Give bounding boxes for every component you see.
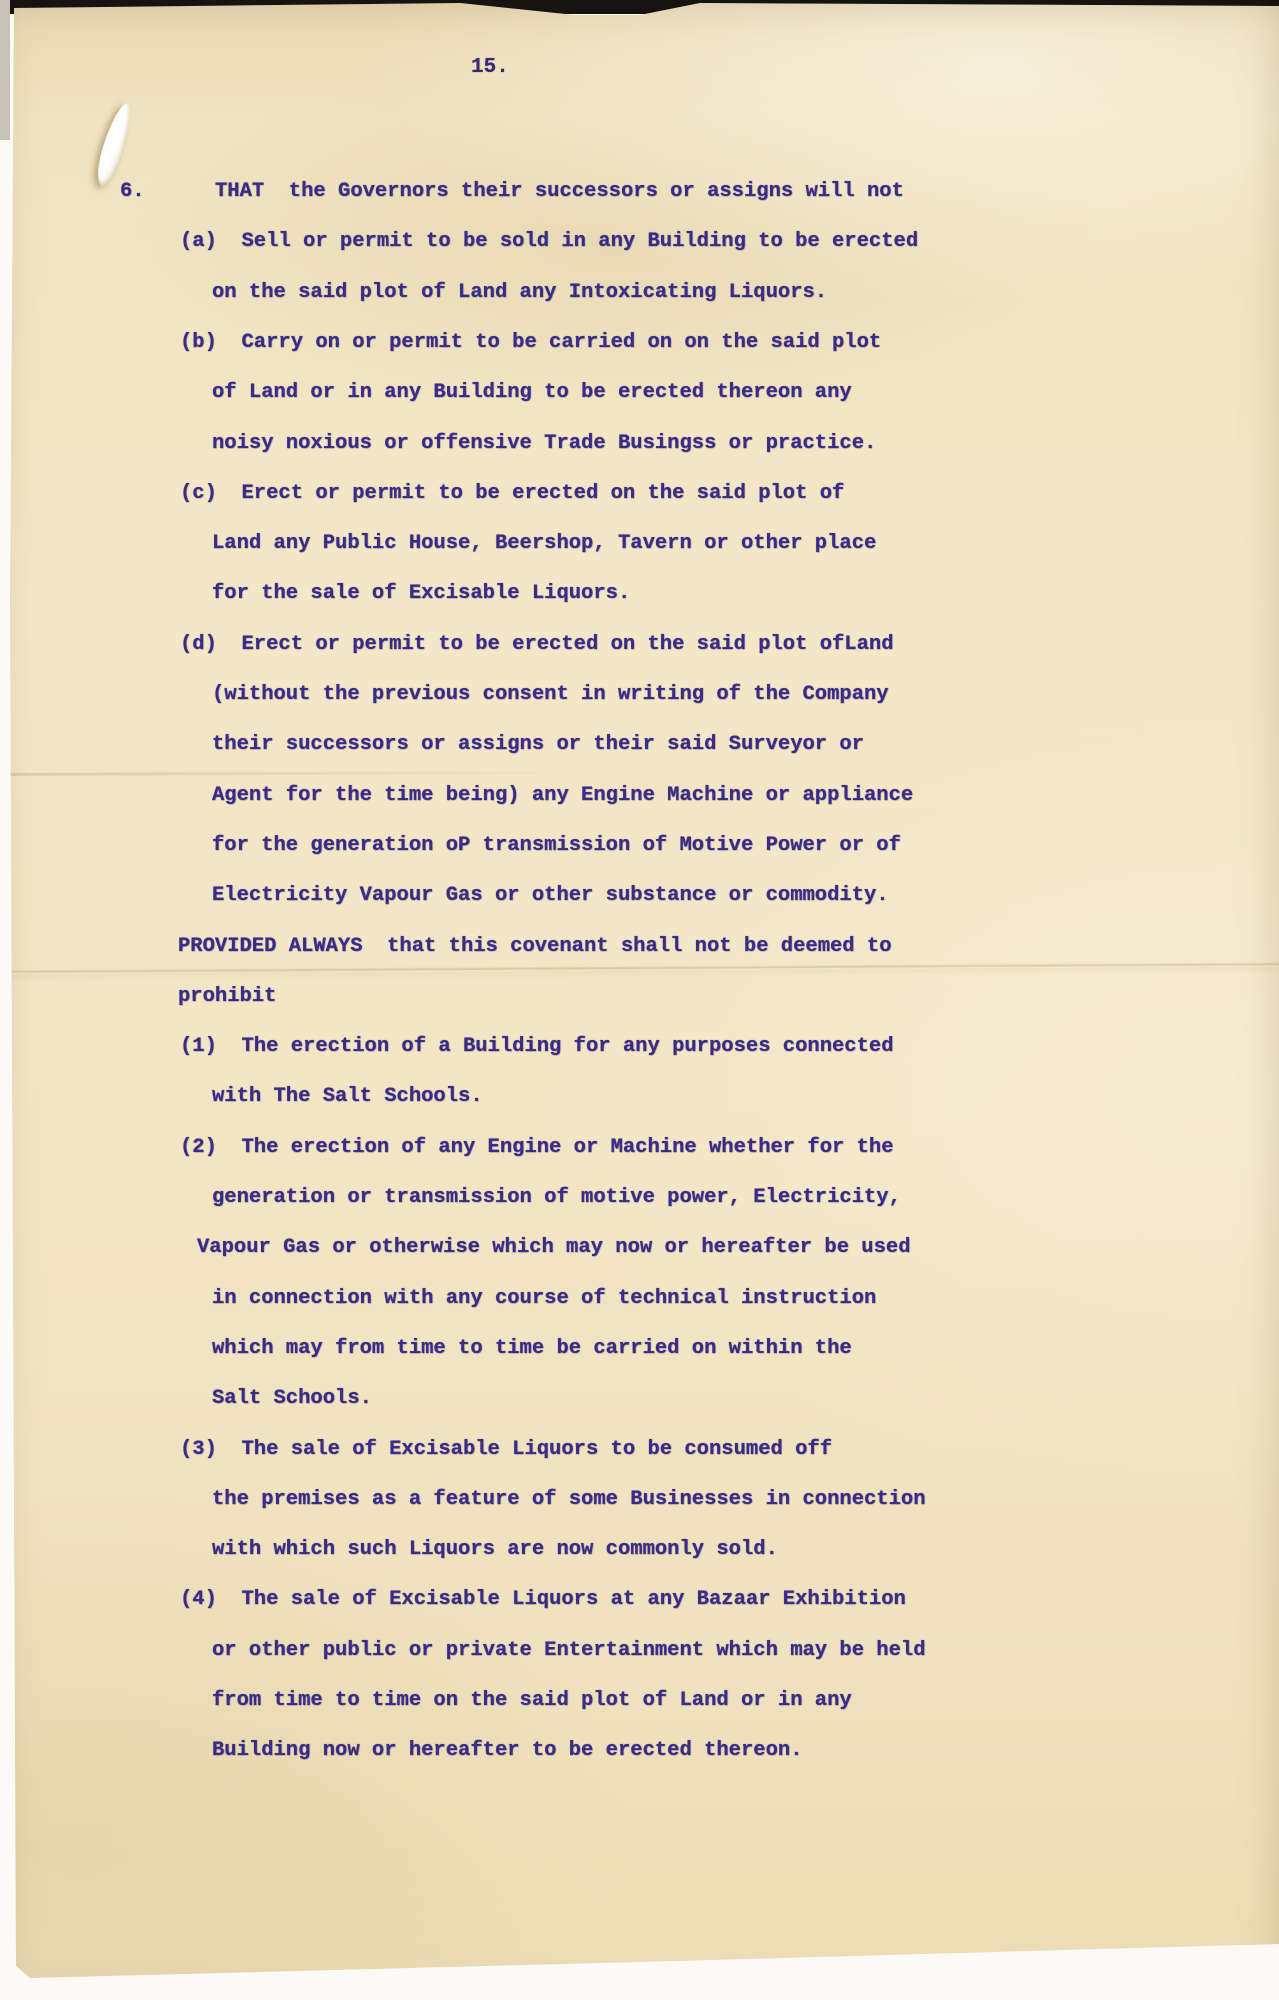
text-line: the premises as a feature of some Busine… bbox=[212, 1488, 926, 1511]
text-line: prohibit bbox=[178, 985, 276, 1008]
scanner-background-left bbox=[0, 0, 10, 140]
text-line: Vapour Gas or otherwise which may now or… bbox=[197, 1236, 911, 1259]
text-line: Building now or hereafter to be erected … bbox=[212, 1739, 803, 1762]
text-line: (4) The sale of Excisable Liquors at any… bbox=[180, 1588, 906, 1611]
text-line: which may from time to time be carried o… bbox=[212, 1337, 852, 1360]
text-line: Agent for the time being) any Engine Mac… bbox=[212, 784, 913, 807]
clause-number: 6. bbox=[120, 180, 145, 203]
text-line: (b) Carry on or permit to be carried on … bbox=[180, 331, 881, 354]
text-line: noisy noxious or offensive Trade Busings… bbox=[212, 432, 876, 455]
text-line: with which such Liquors are now commonly… bbox=[212, 1538, 778, 1561]
text-line: 6.THAT the Governors their successors or… bbox=[215, 180, 904, 203]
text-line: (a) Sell or permit to be sold in any Bui… bbox=[180, 230, 918, 253]
text-line: from time to time on the said plot of La… bbox=[212, 1689, 852, 1712]
paper-sheet: 15. 6.THAT the Governors their successor… bbox=[0, 0, 1279, 2000]
text-line: PROVIDED ALWAYS that this covenant shall… bbox=[178, 935, 892, 958]
text-line: on the said plot of Land any Intoxicatin… bbox=[212, 281, 827, 304]
text-line: their successors or assigns or their sai… bbox=[212, 733, 864, 756]
text-line: Land any Public House, Beershop, Tavern … bbox=[212, 532, 876, 555]
text-line: for the sale of Excisable Liquors. bbox=[212, 582, 630, 605]
text-line: in connection with any course of technic… bbox=[212, 1287, 876, 1310]
text-line: Salt Schools. bbox=[212, 1387, 372, 1410]
text-line: Electricity Vapour Gas or other substanc… bbox=[212, 884, 889, 907]
text-line: for the generation oP transmission of Mo… bbox=[212, 834, 901, 857]
text-line: generation or transmission of motive pow… bbox=[212, 1186, 901, 1209]
text-line: (without the previous consent in writing… bbox=[212, 683, 889, 706]
text-line: or other public or private Entertainment… bbox=[212, 1639, 926, 1662]
clause-intro-text: THAT the Governors their successors or a… bbox=[215, 180, 904, 203]
text-line: of Land or in any Building to be erected… bbox=[212, 381, 852, 404]
text-line: (d) Erect or permit to be erected on the… bbox=[180, 633, 894, 656]
text-line: (1) The erection of a Building for any p… bbox=[180, 1035, 894, 1058]
text-line: (2) The erection of any Engine or Machin… bbox=[180, 1136, 894, 1159]
text-line: with The Salt Schools. bbox=[212, 1085, 483, 1108]
typed-text-layer: 6.THAT the Governors their successors or… bbox=[0, 0, 1279, 2000]
document-scan: { "page": { "number_label": "15.", "ink_… bbox=[0, 0, 1279, 2000]
text-line: (c) Erect or permit to be erected on the… bbox=[180, 482, 844, 505]
text-line: (3) The sale of Excisable Liquors to be … bbox=[180, 1438, 832, 1461]
